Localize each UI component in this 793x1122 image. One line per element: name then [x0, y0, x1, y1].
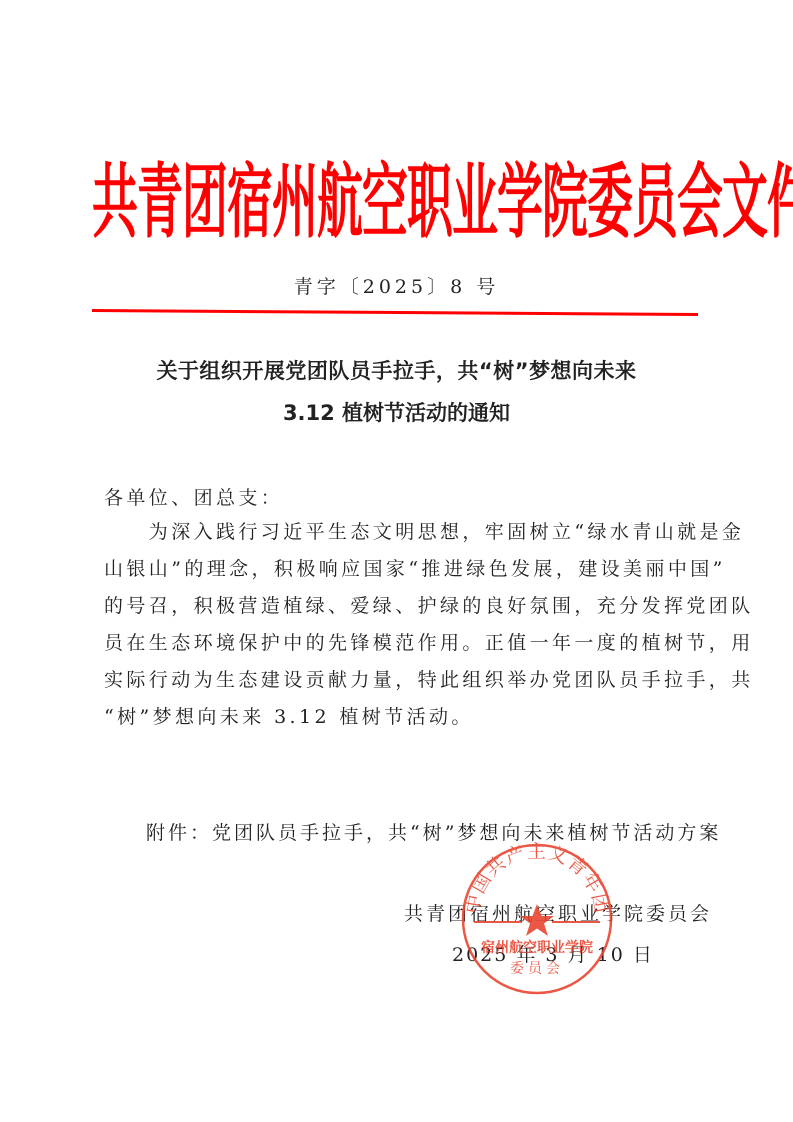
salutation: 各单位、团总支： [104, 483, 694, 510]
header-char: 学 [497, 137, 534, 270]
header-char: 空 [362, 137, 399, 270]
paragraph-line: “树”梦想向未来 3.12 植树节活动。 [104, 702, 474, 729]
header-char: 院 [542, 137, 579, 270]
notice-title-line-1: 关于组织开展党团队员手拉手，共“树”梦想向未来 [0, 355, 793, 385]
star-icon [520, 904, 554, 936]
header-char: 会 [677, 137, 714, 270]
document-header-title: 共 青 团 宿 州 航 空 职 业 学 院 委 员 会 文 件 [88, 137, 698, 270]
header-char: 团 [182, 137, 219, 270]
header-char: 宿 [227, 137, 264, 270]
paragraph-line: 的号召，积极营造植绿、爱绿、护绿的良好氛围，充分发挥党团队 [104, 591, 754, 618]
header-char: 文 [722, 137, 759, 270]
header-char: 航 [317, 137, 354, 270]
header-char: 州 [272, 137, 309, 270]
header-char: 职 [407, 137, 444, 270]
header-char: 青 [137, 137, 174, 270]
header-char: 共 [92, 137, 129, 270]
seal-icon: 中国共产主义青年团 宿州航空职业学院 委员会 [460, 842, 614, 996]
paragraph-line: 员在生态环境保护中的先锋模范作用。正值一年一度的植树节，用 [104, 628, 754, 655]
seal-bottom-text: 委员会 [510, 961, 564, 977]
red-divider-line [92, 309, 698, 316]
header-char: 件 [767, 137, 793, 270]
header-char: 委 [587, 137, 624, 270]
official-seal-stamp: 中国共产主义青年团 宿州航空职业学院 委员会 [460, 842, 614, 996]
attachment-note: 附件：党团队员手拉手，共“树”梦想向未来植树节活动方案 [146, 818, 721, 845]
header-char: 员 [632, 137, 669, 270]
paragraph-line: 为深入践行习近平生态文明思想，牢固树立“绿水青山就是金 [104, 517, 744, 544]
seal-middle-text: 宿州航空职业学院 [481, 939, 593, 956]
header-char: 业 [452, 137, 489, 270]
notice-title-line-2: 3.12 植树节活动的通知 [0, 397, 793, 427]
paragraph-line: 山银山”的理念，积极响应国家“推进绿色发展，建设美丽中国” [104, 554, 726, 581]
paragraph-line: 实际行动为生态建设贡献力量，特此组织举办党团队员手拉手，共 [104, 665, 754, 692]
document-number: 青字〔2025〕8 号 [0, 272, 793, 299]
